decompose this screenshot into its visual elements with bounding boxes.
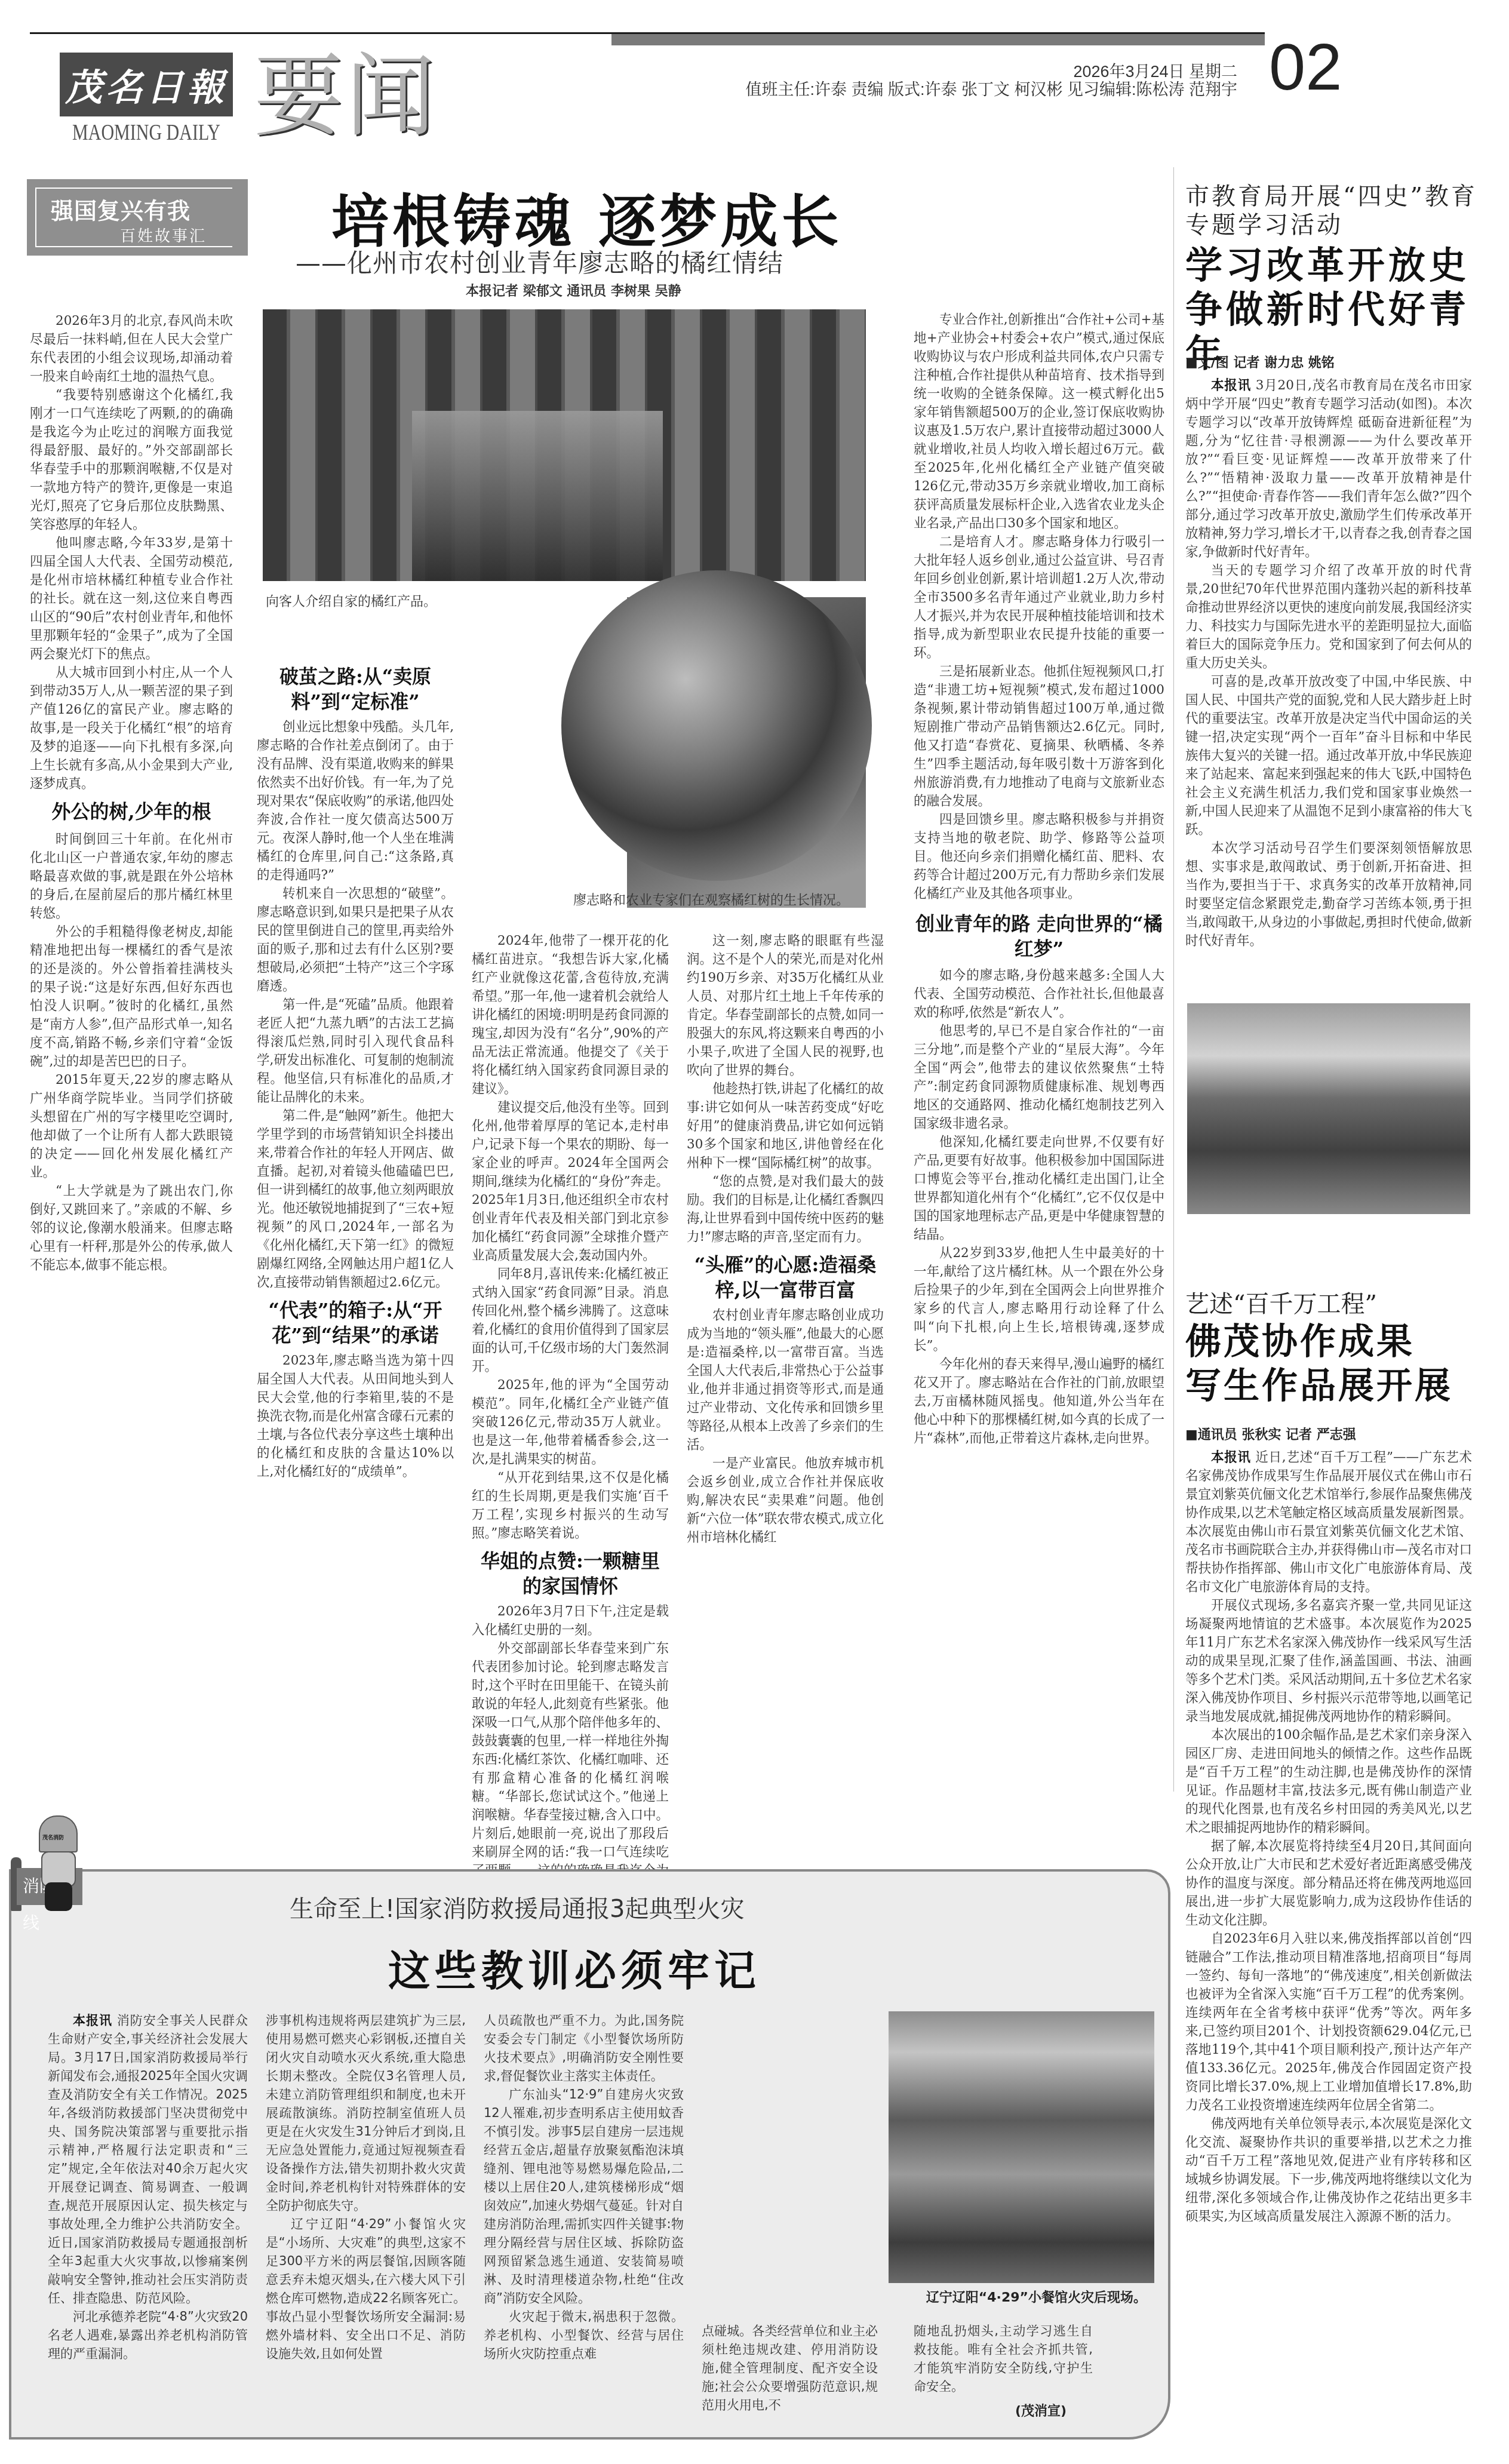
fire-column-2: 涉事机构违规将两层建筑扩为三层,使用易燃可燃夹心彩钢板,还擅自关闭火灾自动喷水灭… bbox=[266, 2011, 466, 2363]
education-headline-line1: 学习改革开放史 bbox=[1185, 244, 1509, 288]
firefighter-mascot-icon: 茂名消防 bbox=[39, 1815, 78, 1911]
mascot-body bbox=[45, 1882, 72, 1911]
photo-classroom-study bbox=[1187, 1003, 1470, 1214]
photo2-caption: 廖志略和农业专家们在观察橘红树的生长情况。 bbox=[573, 890, 849, 908]
paragraph: 2024年,他带了一棵开花的化橘红苗进京。“我想告诉大家,化橘红产业就像这花蕾,… bbox=[472, 932, 669, 1098]
fire-photo-caption: 辽宁辽阳“4·29”小餐馆火灾后现场。 bbox=[878, 2287, 1147, 2306]
paragraph: 从大城市回到小村庄,从一个人到带动35万人,从一颗苦涩的果子到产值126亿的富民… bbox=[30, 663, 233, 793]
paragraph: “上大学就是为了跳出农门,你倒好,又跳回来了。”亲戚的不解、乡邻的议论,像潮水般… bbox=[30, 1182, 233, 1274]
paragraph: 本次学习活动号召学生们要深刻领悟解放思想、实事求是,敢闯敢试、勇于创新,开拓奋进… bbox=[1185, 839, 1472, 950]
lead-subheadline: ——化州市农村创业青年廖志略的橘红情结 bbox=[296, 244, 783, 279]
paragraph: 自2023年6月入驻以来,佛茂指挥部以首创“四链融合”工作法,推动项目精准落地,… bbox=[1185, 1930, 1472, 2115]
photo-liao-introducing-products bbox=[263, 309, 866, 581]
paragraph: 专业合作社,创新推出“合作社+公司+基地+产业协会+村委会+农户”模式,通过保底… bbox=[914, 311, 1164, 533]
paragraph: 人员疏散也严重不力。为此,国务院安委会专门制定《小型餐饮场所防火技术要点》,明确… bbox=[484, 2011, 684, 2085]
fire-column-4: 点碰城。各类经营单位和业主必须杜绝违规改建、停用消防设施,健全管理制度、配齐安全… bbox=[702, 2322, 878, 2414]
lead-column-5: 专业合作社,创新推出“合作社+公司+基地+产业协会+村委会+农户”模式,通过保底… bbox=[914, 311, 1164, 1448]
paragraph: 创业远比想象中残酷。头几年,廖志略的合作社差点倒闭了。由于没有品牌、没有渠道,收… bbox=[257, 718, 454, 884]
paragraph: 第一件,是“死磕”品质。他跟着老匠人把“九蒸九晒”的古法工艺搞得滚瓜烂熟,同时引… bbox=[257, 996, 454, 1107]
lead-label: 本报讯 bbox=[1211, 1450, 1251, 1465]
photo1-caption: 向客人介绍自家的橘红产品。 bbox=[266, 591, 437, 610]
fire-column-3: 人员疏散也严重不力。为此,国务院安委会专门制定《小型餐饮场所防火技术要点》,明确… bbox=[484, 2011, 684, 2363]
education-body: 本报讯 3月20日,茂名市教育局在茂名市田家炳中学开展“四史”教育专题学习活动(… bbox=[1185, 376, 1472, 950]
paragraph: 2026年3月的北京,春风尚未吹尽最后一抹料峭,但在人民大会堂广东代表团的小组会… bbox=[30, 312, 233, 386]
mascot-helmet: 茂名消防 bbox=[39, 1815, 78, 1852]
subhead-hua-praise: 华姐的点赞:一颗糖里的家国情怀 bbox=[472, 1549, 669, 1599]
lead-label: 本报讯 bbox=[73, 2013, 112, 2027]
lead-column-1: 2026年3月的北京,春风尚未吹尽最后一抹料峭,但在人民大会堂广东代表团的小组会… bbox=[30, 312, 233, 1274]
paragraph: 农村创业青年廖志略创业成功成为当地的“领头雁”,他最大的心愿是:造福桑梓,以一富… bbox=[687, 1306, 884, 1454]
art-headline-line1: 佛茂协作成果 bbox=[1185, 1320, 1453, 1364]
art-body: 本报讯 近日,艺述“百千万工程”——广东艺术名家佛茂协作成果写生作品展开展仪式在… bbox=[1185, 1448, 1472, 2226]
paragraph: 如今的廖志略,身份越来越多:全国人大代表、全国劳动模范、合作社社长,但他最喜欢的… bbox=[914, 966, 1164, 1022]
paragraph: 同年8月,喜讯传来:化橘红被正式纳入国家“药食同源”目录。消息传回化州,整个橘乡… bbox=[472, 1265, 669, 1376]
column-divider bbox=[1173, 167, 1174, 1792]
paragraph: 2026年3月7日下午,注定是载入化橘红史册的一刻。 bbox=[472, 1602, 669, 1639]
paragraph: 第二件,是“触网”新生。他把大学里学到的市场营销知识全抖搂出来,带着合作社的年轻… bbox=[257, 1107, 454, 1292]
photo-fire-scene bbox=[889, 2011, 1154, 2283]
paragraph: 2025年,他的评为“全国劳动模范”。同年,化橘红全产业链产值突破126亿元,带… bbox=[472, 1376, 669, 1468]
paragraph: 可喜的是,改革开放改变了中国,中华民族、中国人民、中国共产党的面貌,党和人民大踏… bbox=[1185, 672, 1472, 839]
paragraph: 他深知,化橘红要走向世界,不仅要有好产品,更要有好故事。他积极参加中国国际进口博… bbox=[914, 1133, 1164, 1244]
paragraph: 四是回馈乡里。廖志略积极参与并捐资支持当地的敬老院、助学、修路等公益项目。他还向… bbox=[914, 810, 1164, 903]
header-rule bbox=[30, 32, 629, 34]
paragraph: 2015年夏天,22岁的廖志略从广州华商学院毕业。当同学们挤破头想留在广州的写字… bbox=[30, 1071, 233, 1182]
paragraph: 佛茂两地有关单位领导表示,本次展览是深化文化交流、凝聚协作共识的重要举措,以艺术… bbox=[1185, 2115, 1472, 2226]
paragraph: 广东汕头“12·9”自建房火灾致12人罹难,初步查明系店主使用蚊香不慎引发。涉事… bbox=[484, 2085, 684, 2308]
paragraph: “从开花到结果,这不仅是化橘红的生长周期,更是我们实施‘百千万工程’,实现乡村振… bbox=[472, 1468, 669, 1543]
paragraph: 这一刻,廖志略的眼眶有些湿润。这不是个人的荣光,而是对化州约190万乡亲、对35… bbox=[687, 932, 884, 1080]
lead-column-3: 2024年,他带了一棵开花的化橘红苗进京。“我想告诉大家,化橘红产业就像这花蕾,… bbox=[472, 932, 669, 1917]
paragraph: 随地乱扔烟头,主动学习逃生自救技能。唯有全社会齐抓共管,才能筑牢消防安全防线,守… bbox=[914, 2322, 1093, 2396]
art-byline: ■通讯员 张秋实 记者 严志强 bbox=[1185, 1424, 1356, 1443]
fire-column-1: 本报讯 消防安全事关人民群众生命财产安全,事关经济社会发展大局。3月17日,国家… bbox=[48, 2011, 248, 2363]
education-kicker: 市教育局开展“四史”教育专题学习活动 bbox=[1185, 182, 1496, 239]
subhead-grandpa-tree: 外公的树,少年的根 bbox=[30, 799, 233, 824]
mascot-helmet-text: 茂名消防 bbox=[42, 1833, 64, 1841]
subhead-representative-suitcase: “代表”的箱子:从“开花”到“结果”的承诺 bbox=[257, 1298, 454, 1348]
section-title: 要闻 bbox=[254, 49, 438, 145]
paragraph: 二是培育人才。廖志略身体力行吸引一大批年轻人返乡创业,通过公益宣讲、号召青年回乡… bbox=[914, 533, 1164, 662]
column-tag: 强国复兴有我 百姓故事汇 bbox=[27, 179, 248, 256]
lead-byline: 本报记者 梁郁文 通讯员 李树果 吴静 bbox=[466, 281, 681, 299]
paragraph: 当天的专题学习介绍了改革开放的时代背景,20世纪70年代世界范围内蓬勃兴起的新科… bbox=[1185, 561, 1472, 672]
lead-column-4: 这一刻,廖志略的眼眶有些湿润。这不是个人的荣光,而是对化州约190万乡亲、对35… bbox=[687, 932, 884, 1547]
paragraph: 时间倒回三十年前。在化州市化北山区一户普通农家,年幼的廖志略最喜欢做的事,就是跟… bbox=[30, 830, 233, 923]
column-tag-title: 强国复兴有我 bbox=[51, 192, 190, 225]
paragraph: 从22岁到33岁,他把人生中最美好的十一年,献给了这片橘红林。从一个跟在外公身后… bbox=[914, 1244, 1164, 1355]
paragraph: 三是拓展新业态。他抓住短视频风口,打造“非遗工坊+短视频”模式,发布超过1000… bbox=[914, 662, 1164, 810]
lead-column-2: 破茧之路:从“卖原料”到“定标准” 创业远比想象中残酷。头几年,廖志略的合作社差… bbox=[257, 657, 454, 1481]
paragraph: 他趁热打铁,讲起了化橘红的故事:讲它如何从一味苦药变成“好吃好用”的健康消费品,… bbox=[687, 1080, 884, 1172]
column-tag-subtitle: 百姓故事汇 bbox=[116, 224, 210, 246]
paragraph: 河北承德养老院“4·8”火灾致20名老人遇难,暴露出养老机构消防管理的严重漏洞。 bbox=[48, 2308, 248, 2363]
fire-column-5: 随地乱扔烟头,主动学习逃生自救技能。唯有全社会齐抓共管,才能筑牢消防安全防线,守… bbox=[914, 2322, 1093, 2396]
subhead-lead-goose: “头雁”的心愿:造福桑梓,以一富带百富 bbox=[687, 1252, 884, 1302]
header-grey-band bbox=[611, 34, 1265, 45]
paragraph: 近日,艺述“百千万工程”——广东艺术名家佛茂协作成果写生作品展开展仪式在佛山市石… bbox=[1185, 1450, 1472, 1594]
art-headline-line2: 写生作品展开展 bbox=[1185, 1364, 1453, 1408]
mascot-face bbox=[41, 1851, 76, 1887]
education-byline: ■文/图 记者 谢力忠 姚铭 bbox=[1185, 352, 1335, 371]
lead-label: 本报讯 bbox=[1211, 378, 1251, 393]
paragraph: 他叫廖志略,今年33岁,是第十四届全国人大代表、全国劳动模范,是化州市培林橘红种… bbox=[30, 534, 233, 663]
paragraph: 火灾起于微末,祸患积于忽微。养老机构、小型餐饮、经营与居住场所火灾防控重点难 bbox=[484, 2308, 684, 2363]
paragraph: 点碰城。各类经营单位和业主必须杜绝违规改建、停用消防设施,健全管理制度、配齐安全… bbox=[702, 2322, 878, 2414]
paragraph: “您的点赞,是对我们最大的鼓励。我们的目标是,让化橘红香飘四海,让世界看到中国传… bbox=[687, 1172, 884, 1246]
subhead-orange-dream: 创业青年的路 走向世界的“橘红梦” bbox=[914, 911, 1164, 961]
art-headline: 佛茂协作成果 写生作品展开展 bbox=[1185, 1320, 1453, 1408]
paragraph: 他思考的,早已不是自家合作社的“一亩三分地”,而是整个产业的“星辰大海”。今年全… bbox=[914, 1022, 1164, 1133]
editor-credits: 值班主任:许泰 责编 版式:许泰 张丁文 柯汉彬 见习编辑:陈松涛 范翔宇 bbox=[745, 76, 1237, 100]
fire-headline: 这些教训必须牢记 bbox=[388, 1938, 761, 1998]
newspaper-logo: 茂名日報 bbox=[60, 53, 233, 116]
paragraph: 消防安全事关人民群众生命财产安全,事关经济社会发展大局。3月17日,国家消防救援… bbox=[48, 2013, 248, 2305]
paragraph: 辽宁辽阳“4·29”小餐馆火灾是“小场所、大灾难”的典型,这家不足300平方米的… bbox=[266, 2215, 466, 2363]
paragraph: 外公的手粗糙得像老树皮,却能精准地把出每一棵橘红的香气是浓的还是淡的。外公曾指着… bbox=[30, 923, 233, 1071]
fire-kicker: 生命至上!国家消防救援局通报3起典型火灾 bbox=[290, 1890, 744, 1924]
paragraph: 本次展出的100余幅作品,是艺术家们亲身深入园区厂房、走进田间地头的倾情之作。这… bbox=[1185, 1726, 1472, 1837]
paragraph: 开展仪式现场,多名嘉宾齐聚一堂,共同见证这场凝聚两地情谊的艺术盛事。本次展览作为… bbox=[1185, 1596, 1472, 1726]
paragraph: 2023年,廖志略当选为第十四届全国人大代表。从田间地头到人民大会堂,他的行李箱… bbox=[257, 1351, 454, 1481]
page-number: 02 bbox=[1269, 35, 1342, 100]
newspaper-logo-english: MAOMING DAILY bbox=[60, 121, 233, 146]
photo-liao-with-experts bbox=[561, 570, 872, 881]
paragraph: “我要特别感谢这个化橘红,我刚才一口气连续吃了两颗,的的确确是我迄今为止吃过的润… bbox=[30, 386, 233, 534]
paragraph: 涉事机构违规将两层建筑扩为三层,使用易燃可燃夹心彩钢板,还擅自关闭火灾自动喷水灭… bbox=[266, 2011, 466, 2215]
paragraph: 今年化州的春天来得早,漫山遍野的橘红花又开了。廖志略站在合作社的门前,放眼望去,… bbox=[914, 1355, 1164, 1448]
fire-signature: (茂消宣) bbox=[1015, 2401, 1067, 2419]
paragraph: 一是产业富民。他放弃城市机会返乡创业,成立合作社并保底收购,解决农民“卖果难”问… bbox=[687, 1454, 884, 1547]
paragraph: 建议提交后,他没有坐等。回到化州,他带着厚厚的笔记本,走村串户,记录下每一个果农… bbox=[472, 1098, 669, 1265]
paragraph: 据了解,本次展览将持续至4月20日,其间面向公众开放,让广大市民和艺术爱好者近距… bbox=[1185, 1837, 1472, 1930]
paragraph: 转机来自一次思想的“破壁”。廖志略意识到,如果只是把果子从农民的筐里倒进自己的筐… bbox=[257, 884, 454, 996]
subhead-breakthrough: 破茧之路:从“卖原料”到“定标准” bbox=[257, 664, 454, 714]
paragraph: 3月20日,茂名市教育局在茂名市田家炳中学开展“四史”教育专题学习活动(如图)。… bbox=[1185, 378, 1472, 560]
art-kicker: 艺述“百千万工程” bbox=[1185, 1290, 1377, 1319]
